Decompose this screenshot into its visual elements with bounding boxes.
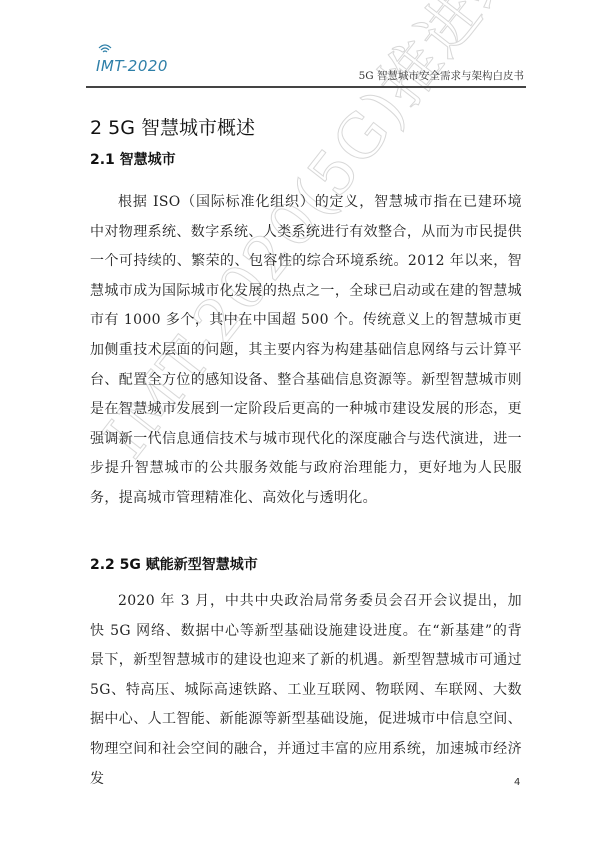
document-title: 5G 智慧城市安全需求与架构白皮书	[359, 68, 524, 83]
subsection-heading: 2.1 智慧城市	[90, 148, 176, 172]
logo: IMT-2020	[94, 40, 168, 76]
paragraph: 2020 年 3 月，中共中央政治局常务委员会召开会议提出，加快 5G 网络、数…	[90, 587, 522, 794]
page-content: 2 5G 智慧城市概述 2.1 智慧城市 根据 ISO（国际标准化组织）的定义，…	[90, 110, 522, 146]
paragraph: 根据 ISO（国际标准化组织）的定义，智慧城市指在已建环境中对物理系统、数字系统…	[90, 188, 522, 514]
page-header: IMT-2020 5G 智慧城市安全需求与架构白皮书	[86, 40, 526, 90]
header-divider	[86, 86, 526, 88]
section-title: 2 5G 智慧城市概述	[90, 110, 522, 146]
wifi-signal-icon	[96, 42, 114, 56]
logo-text: IMT-2020	[96, 56, 168, 76]
page-number: 4	[514, 777, 520, 788]
subsection-heading: 2.2 5G 赋能新型智慧城市	[90, 553, 258, 577]
